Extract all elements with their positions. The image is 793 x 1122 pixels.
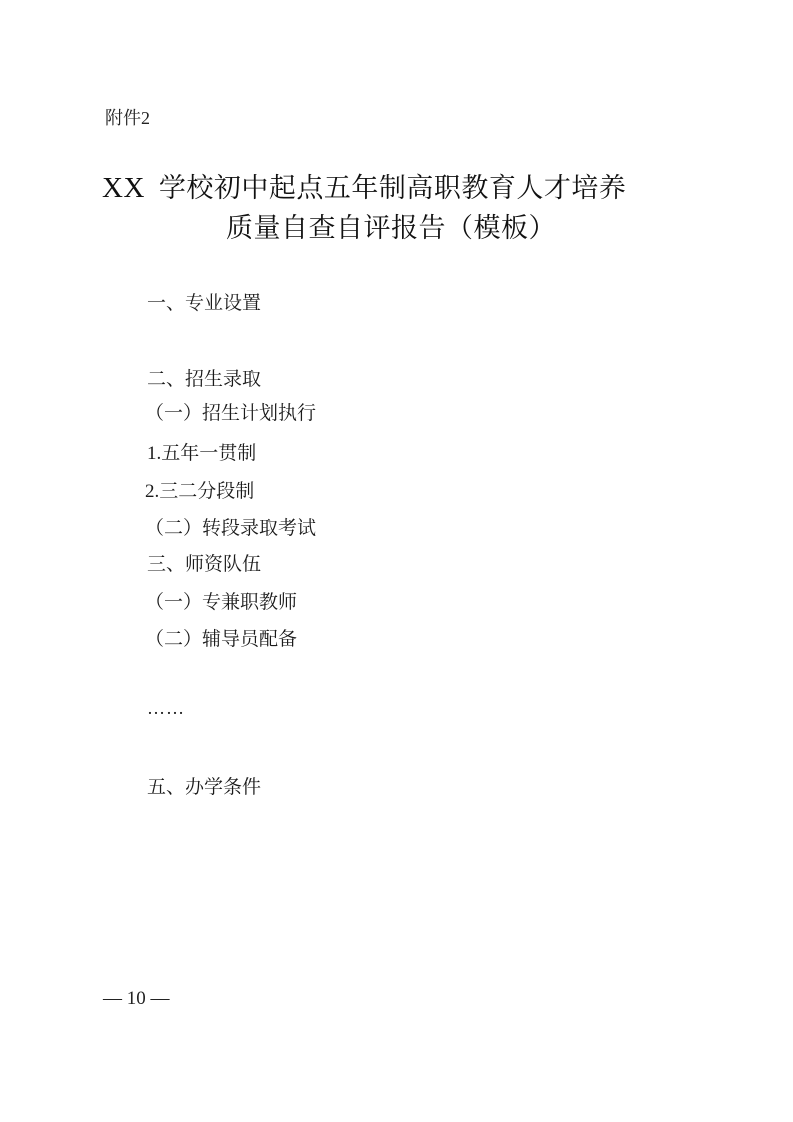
subsection-heading-2-1: （一）招生计划执行 <box>145 400 316 426</box>
title-text-line1: 学校初中起点五年制高职教育人才培养 <box>159 173 627 204</box>
list-text: 三二分段制 <box>159 480 254 502</box>
list-text: 五年一贯制 <box>161 442 256 464</box>
document-title-line1: XX学校初中起点五年制高职教育人才培养 <box>102 170 626 207</box>
list-number: 2. <box>145 481 159 502</box>
subsection-heading-3-2: （二）辅导员配备 <box>145 626 297 652</box>
subsection-heading-2-2: （二）转段录取考试 <box>145 515 316 541</box>
title-prefix: XX <box>102 172 145 204</box>
section-heading-3: 三、师资队伍 <box>147 551 261 577</box>
subsection-heading-3-1: （一）专兼职教师 <box>145 589 297 615</box>
list-number: 1. <box>147 443 161 464</box>
attachment-label: 附件2 <box>105 104 150 130</box>
section-heading-5: 五、办学条件 <box>147 774 261 800</box>
document-page: 附件2 XX学校初中起点五年制高职教育人才培养 质量自查自评报告（模板） 一、专… <box>0 0 793 1122</box>
section-heading-2: 二、招生录取 <box>147 366 261 392</box>
ellipsis: …… <box>147 698 185 719</box>
section-heading-1: 一、专业设置 <box>147 290 261 316</box>
list-item-2-1-1: 1.五年一贯制 <box>147 440 256 467</box>
list-item-2-1-2: 2.三二分段制 <box>145 478 254 505</box>
document-title-line2: 质量自查自评报告（模板） <box>226 211 556 247</box>
page-number: — 10 — <box>103 988 170 1010</box>
